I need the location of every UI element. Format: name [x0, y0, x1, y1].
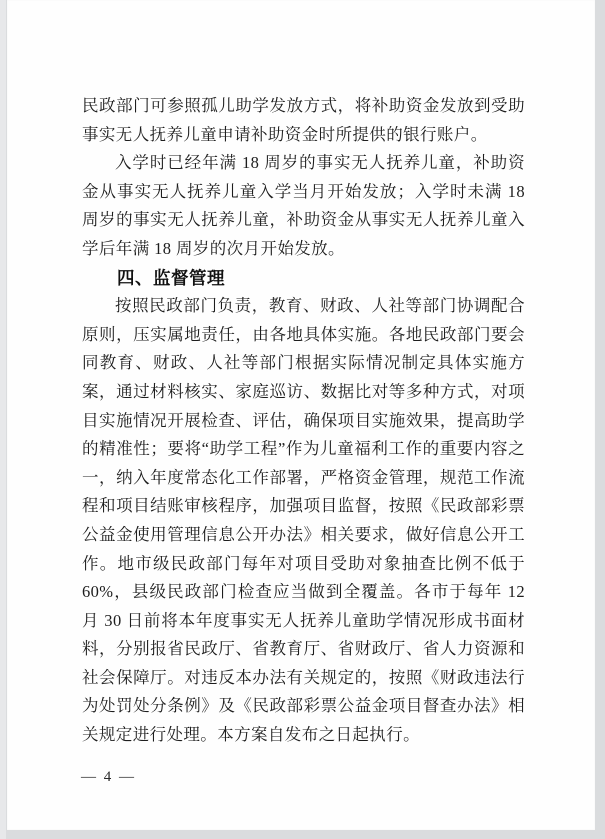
body-paragraph: 按照民政部门负责，教育、财政、人社等部门协调配合原则，压实属地责任，由各地具体实…: [82, 292, 525, 750]
document-body: 民政部门可参照孤儿助学发放方式，将补助资金发放到受助事实无人抚养儿童申请补助资金…: [82, 92, 525, 750]
document-page: 民政部门可参照孤儿助学发放方式，将补助资金发放到受助事实无人抚养儿童申请补助资金…: [7, 0, 595, 830]
section-heading: 四、监督管理: [82, 264, 525, 293]
page-number: — 4 —: [81, 769, 136, 786]
body-paragraph: 民政部门可参照孤儿助学发放方式，将补助资金发放到受助事实无人抚养儿童申请补助资金…: [82, 92, 525, 149]
scanned-document-background: 民政部门可参照孤儿助学发放方式，将补助资金发放到受助事实无人抚养儿童申请补助资金…: [0, 0, 605, 839]
body-paragraph: 入学时已经年满 18 周岁的事实无人抚养儿童，补助资金从事实无人抚养儿童入学当月…: [82, 149, 525, 263]
